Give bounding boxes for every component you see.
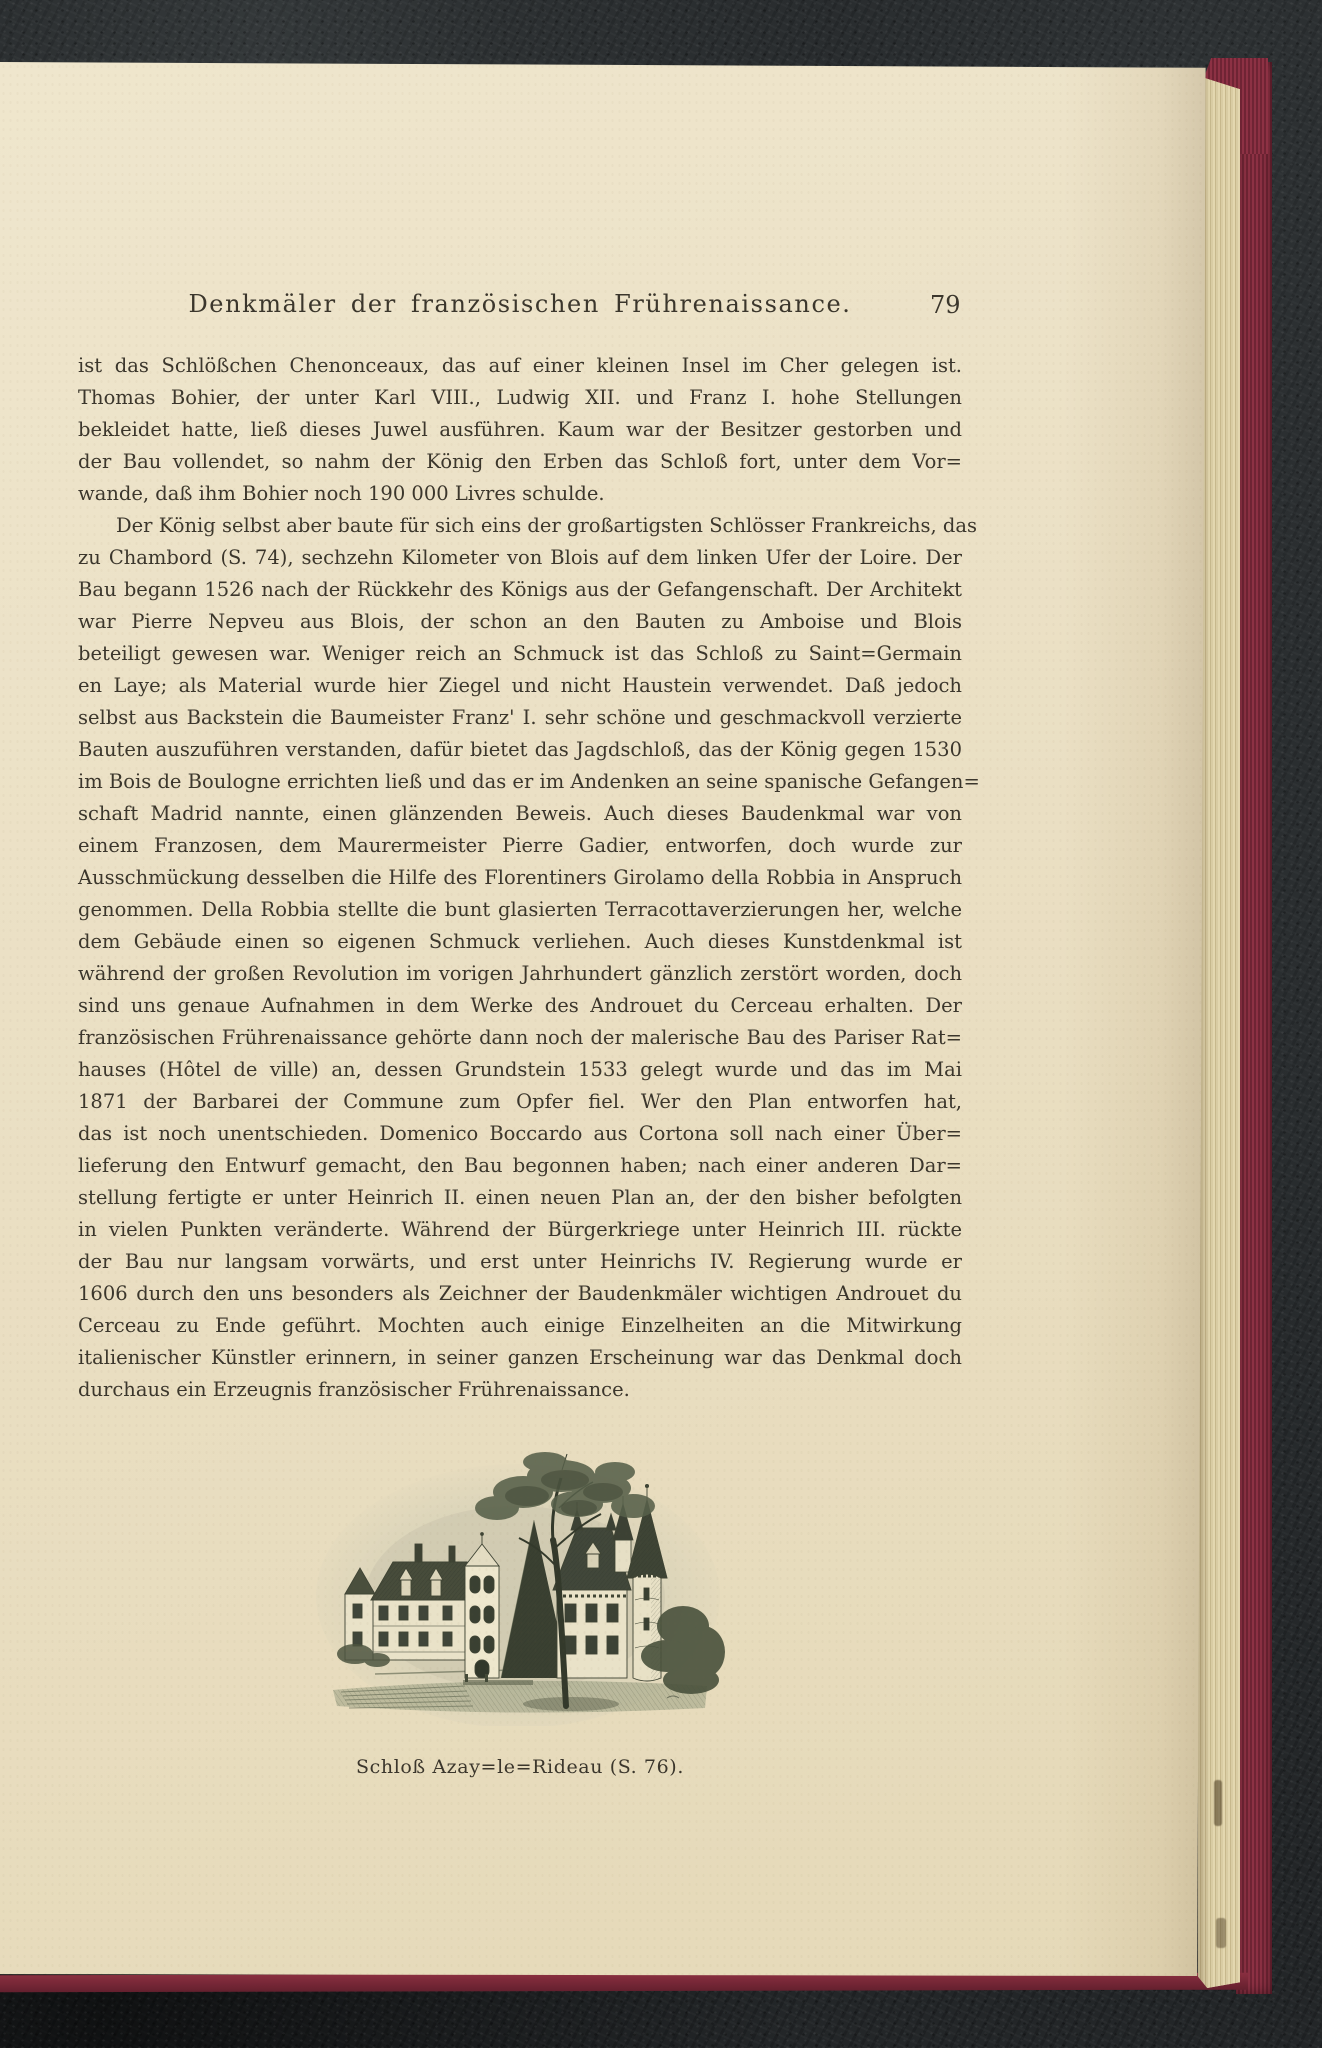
engraving-chateau-azay-le-rideau-image xyxy=(315,1448,725,1726)
body-text: ist das Schlößchen Chenonceaux, das auf … xyxy=(78,350,962,1406)
text-line: wande, daß ihm Bohier noch 190 000 Livre… xyxy=(78,478,962,510)
text-line: sind uns genaue Aufnahmen in dem Werke d… xyxy=(78,990,962,1022)
text-line: Thomas Bohier, der unter Karl VIII., Lud… xyxy=(78,382,962,414)
text-line: stellung fertigte er unter Heinrich II. … xyxy=(78,1182,962,1214)
text-line: selbst aus Backstein die Baumeister Fran… xyxy=(78,702,962,734)
text-line: Der König selbst aber baute für sich ein… xyxy=(78,510,962,542)
text-line: lieferung den Entwurf gemacht, den Bau b… xyxy=(78,1150,962,1182)
running-head-title: Denkmäler der französischen Frührenaissa… xyxy=(78,290,962,318)
text-line: das ist noch unentschieden. Domenico Boc… xyxy=(78,1118,962,1150)
text-line: schaft Madrid nannte, einen glänzenden B… xyxy=(78,798,962,830)
book-cover-right-edge xyxy=(1236,62,1272,1994)
text-line: war Pierre Nepveu aus Blois, der schon a… xyxy=(78,606,962,638)
page-number: 79 xyxy=(930,291,990,319)
text-line: Bau begann 1526 nach der Rückkehr des Kö… xyxy=(78,574,962,606)
text-line: in vielen Punkten veränderte. Während de… xyxy=(78,1214,962,1246)
text-line: einem Franzosen, dem Maurermeister Pierr… xyxy=(78,830,962,862)
text-line: genommen. Della Robbia stellte die bunt … xyxy=(78,894,962,926)
text-line: ist das Schlößchen Chenonceaux, das auf … xyxy=(78,350,962,382)
text-line: Bauten auszuführen verstanden, dafür bie… xyxy=(78,734,962,766)
text-line: Cerceau zu Ende geführt. Mochten auch ei… xyxy=(78,1310,962,1342)
text-line: der Bau vollendet, so nahm der König den… xyxy=(78,446,962,478)
page-stack-fore-edge xyxy=(1198,72,1240,1988)
text-line: italienischer Künstler erinnern, in sein… xyxy=(78,1342,962,1374)
text-line: beteiligt gewesen war. Weniger reich an … xyxy=(78,638,962,670)
text-line: dem Gebäude einen so eigenen Schmuck ver… xyxy=(78,926,962,958)
figure xyxy=(315,1448,725,1726)
text-line: französischen Frührenaissance gehörte da… xyxy=(78,1022,962,1054)
text-line: 1606 durch den uns besonders als Zeichne… xyxy=(78,1278,962,1310)
text-line: en Laye; als Material wurde hier Ziegel … xyxy=(78,670,962,702)
figure-caption: Schloß Azay=le=Rideau (S. 76). xyxy=(78,1756,962,1778)
text-line: im Bois de Boulogne errichten ließ und d… xyxy=(78,766,962,798)
text-line: 1871 der Barbarei der Commune zum Opfer … xyxy=(78,1086,962,1118)
fore-edge-smudge xyxy=(1216,1918,1226,1948)
fore-edge-smudge xyxy=(1214,1780,1222,1826)
photographed-book-page: Denkmäler der französischen Frührenaissa… xyxy=(0,0,1322,2048)
text-line: hauses (Hôtel de ville) an, dessen Grund… xyxy=(78,1054,962,1086)
text-line: zu Chambord (S. 74), sechzehn Kilometer … xyxy=(78,542,962,574)
text-line: Ausschmückung desselben die Hilfe des Fl… xyxy=(78,862,962,894)
text-line: der Bau nur langsam vorwärts, und erst u… xyxy=(78,1246,962,1278)
text-line: während der großen Revolution im vorigen… xyxy=(78,958,962,990)
text-line: bekleidet hatte, ließ dieses Juwel ausfü… xyxy=(78,414,962,446)
book-page: Denkmäler der französischen Frührenaissa… xyxy=(0,62,1208,1976)
text-line: durchaus ein Erzeugnis französischer Frü… xyxy=(78,1374,962,1406)
